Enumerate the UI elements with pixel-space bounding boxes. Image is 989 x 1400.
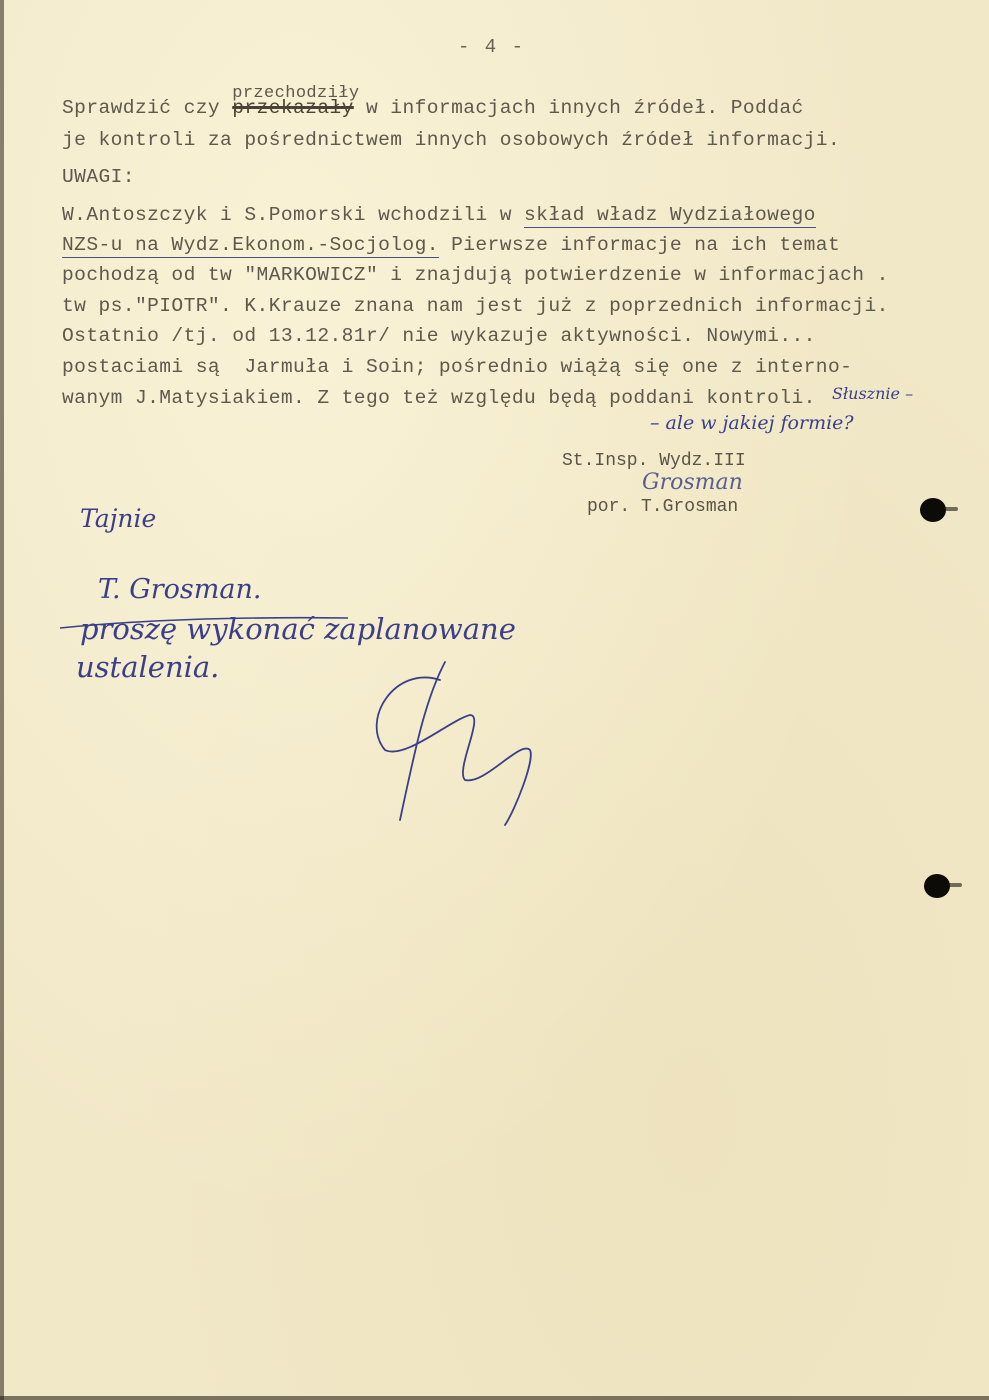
remarks-line-5: Ostatnio /tj. od 13.12.81r/ nie wykazuje… — [62, 325, 816, 347]
remarks-line-7: wanym J.Matysiakiem. Z tego też względu … — [62, 387, 816, 409]
handwritten-instruction-line-2: ustalenia. — [76, 650, 219, 684]
remarks-line-2: NZS-u na Wydz.Ekonom.-Socjolog. Pierwsze… — [62, 234, 840, 256]
text: Sprawdzić czy — [62, 97, 232, 119]
handwritten-margin-comment-2: – ale w jakiej formie? — [650, 412, 854, 434]
handwritten-signature: Grosman — [642, 470, 743, 495]
remarks-line-1: W.Antoszczyk i S.Pomorski wchodzili w sk… — [62, 204, 816, 226]
remarks-line-3: pochodzą od tw "MARKOWICZ" i znajdują po… — [62, 264, 889, 286]
text: Pierwsze informacje na ich temat — [439, 234, 840, 256]
supervisor-signature-icon — [355, 660, 555, 830]
page-number: - 4 - — [458, 36, 525, 58]
pen-underlined-text: skład władz Wydziałowego — [524, 204, 816, 228]
handwritten-addressee: T. Grosman. — [98, 574, 261, 605]
correction: przekazałyprzechodziły — [232, 97, 354, 119]
remarks-line-4: tw ps."PIOTR". K.Krauze znana nam jest j… — [62, 295, 889, 317]
pen-underlined-text: NZS-u na Wydz.Ekonom.-Socjolog. — [62, 234, 439, 258]
punch-hole-top — [920, 498, 946, 522]
paragraph-1-line-2: je kontroli za pośrednictwem innych osob… — [62, 129, 840, 151]
text: w informacjach innych źródeł. Poddać — [354, 97, 804, 119]
paragraph-1-line-1: Sprawdzić czy przekazałyprzechodziły w i… — [62, 97, 804, 119]
signature-name: por. T.Grosman — [587, 497, 738, 517]
handwritten-instruction-line-1: proszę wykonać zaplanowane — [80, 612, 516, 646]
punch-hole-bottom — [924, 874, 950, 898]
signature-title: St.Insp. Wydz.III — [562, 451, 746, 471]
handwritten-margin-comment-1: Słusznie – — [832, 384, 913, 403]
remarks-heading: UWAGI: — [62, 166, 135, 188]
scan-edge-left — [0, 0, 4, 1400]
handwritten-classification: Tajnie — [80, 504, 156, 533]
text: W.Antoszczyk i S.Pomorski wchodzili w — [62, 204, 524, 226]
scan-edge-bottom — [0, 1396, 989, 1400]
remarks-line-6: postaciami są Jarmuła i Soin; pośrednio … — [62, 356, 852, 378]
inserted-word: przechodziły — [232, 84, 359, 103]
